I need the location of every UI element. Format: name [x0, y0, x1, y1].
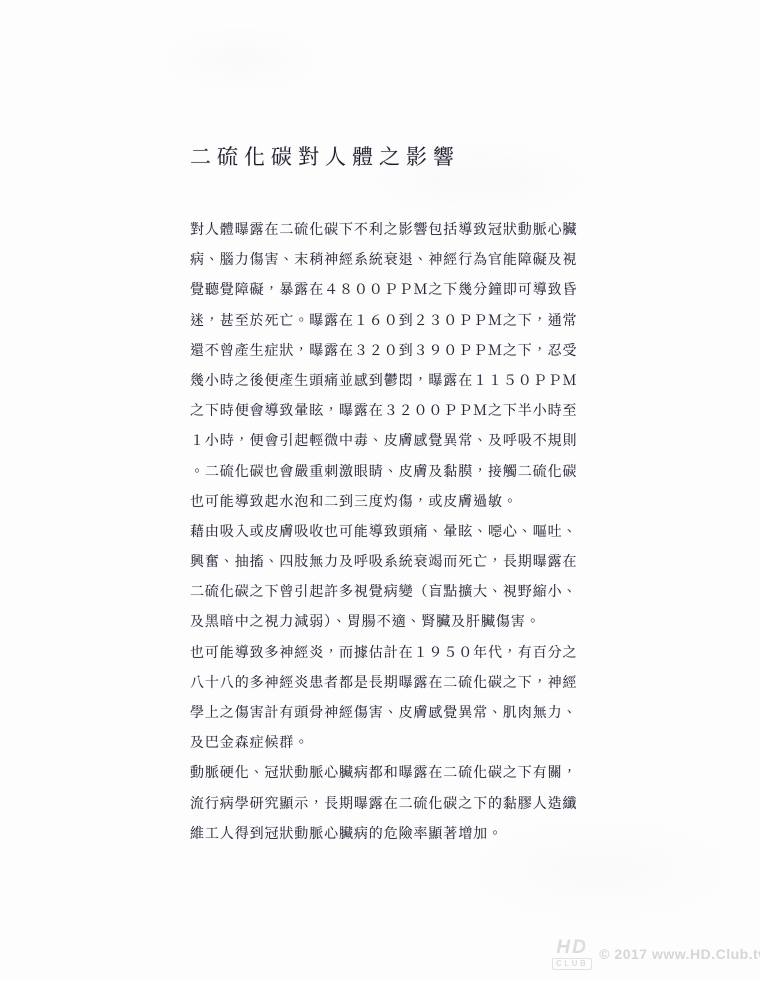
body-line: 對人體曝露在二硫化碳下不利之影響包括導致冠狀動脈心臟	[190, 214, 590, 244]
body-line: １小時，便會引起輕微中毒、皮膚感覺異常、及呼吸不規則	[190, 425, 590, 455]
body-line: 迷，甚至於死亡。曝露在１６０到２３０ＰＰＭ之下，通常	[190, 305, 590, 335]
body-line: 也可能導致起水泡和二到三度灼傷，或皮膚過敏。	[190, 486, 590, 516]
body-line: 動脈硬化、冠狀動脈心臟病都和曝露在二硫化碳之下有關，	[190, 757, 590, 787]
body-line: 幾小時之後便產生頭痛並感到鬱悶，曝露在１１５０ＰＰＭ	[190, 365, 590, 395]
body-line: 。二硫化碳也會嚴重刺激眼睛、皮膚及黏膜，接觸二硫化碳	[190, 456, 590, 486]
document-body: 對人體曝露在二硫化碳下不利之影響包括導致冠狀動脈心臟 病、腦力傷害、末稍神經系統…	[190, 214, 590, 848]
hdclub-logo-icon: HD CLUB	[552, 938, 592, 970]
body-line: 興奮、抽搐、四肢無力及呼吸系統衰竭而死亡，長期曝露在	[190, 546, 590, 576]
body-line: 及巴金森症候群。	[190, 727, 590, 757]
body-line: 覺聽覺障礙，暴露在４８００ＰＰＭ之下幾分鐘即可導致昏	[190, 274, 590, 304]
scanned-page: 二硫化碳對人體之影響 對人體曝露在二硫化碳下不利之影響包括導致冠狀動脈心臟 病、…	[0, 0, 760, 982]
body-line: 維工人得到冠狀動脈心臟病的危險率顯著增加。	[190, 818, 590, 848]
body-line: 病、腦力傷害、末稍神經系統衰退、神經行為官能障礙及視	[190, 244, 590, 274]
hdclub-logo-hd: HD	[556, 938, 587, 957]
body-line: 及黑暗中之視力減弱）、胃腸不適、腎臟及肝臟傷害。	[190, 606, 590, 636]
body-line: 藉由吸入或皮膚吸收也可能導致頭痛、暈眩、噁心、嘔吐、	[190, 516, 590, 546]
hdclub-logo-club: CLUB	[552, 958, 592, 970]
watermark-copyright: © 2017 www.HD.Club.tw	[599, 946, 760, 962]
body-line: 學上之傷害計有頭骨神經傷害、皮膚感覺異常、肌肉無力、	[190, 697, 590, 727]
body-line: 之下時便會導致暈眩，曝露在３２００ＰＰＭ之下半小時至	[190, 395, 590, 425]
watermark: HD CLUB © 2017 www.HD.Club.tw	[552, 938, 760, 970]
body-line: 八十八的多神經炎患者都是長期曝露在二硫化碳之下，神經	[190, 667, 590, 697]
page-title: 二硫化碳對人體之影響	[190, 141, 460, 171]
body-line: 還不曾產生症狀，曝露在３２０到３９０ＰＰＭ之下，忍受	[190, 335, 590, 365]
body-line: 流行病學研究顯示，長期曝露在二硫化碳之下的黏膠人造纖	[190, 788, 590, 818]
body-line: 二硫化碳之下曾引起許多視覺病變（盲點擴大、視野縮小、	[190, 576, 590, 606]
body-line: 也可能導致多神經炎，而據估計在１９５０年代，有百分之	[190, 637, 590, 667]
